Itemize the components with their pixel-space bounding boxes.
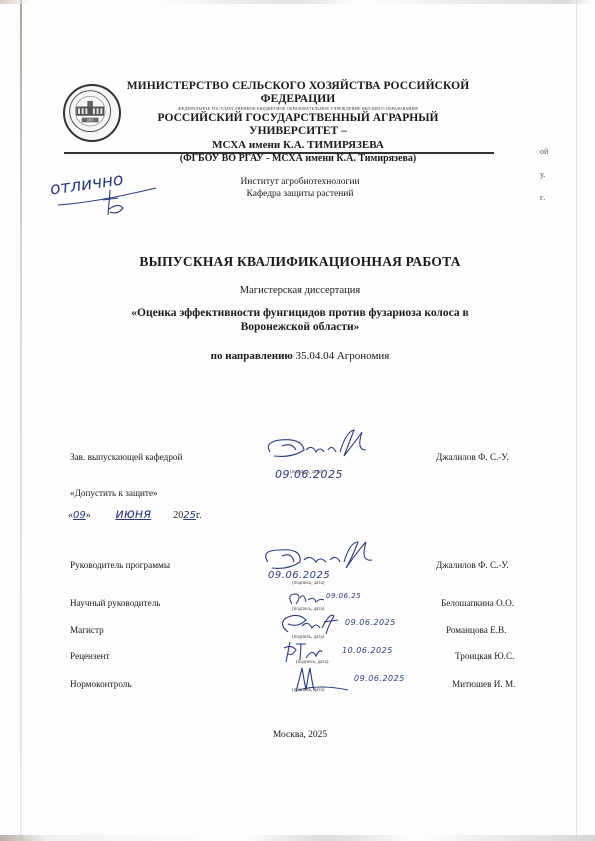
supervisor-signature	[286, 590, 326, 608]
institute-block: Институт агробиотехнологии Кафедра защит…	[200, 176, 400, 200]
signature-name: Романцова Е.В.	[446, 625, 506, 635]
signature-name: Троицкая Ю.С.	[455, 651, 514, 661]
margin-bleed-marks: ой у. ғ.	[540, 140, 548, 209]
signature-icon	[286, 590, 326, 608]
university-name-line2: МСХА имени К.А. ТИМИРЯЗЕВА	[118, 138, 478, 152]
institute-name: Институт агробиотехнологии	[200, 176, 400, 188]
header-divider	[64, 152, 494, 154]
margin-mark: у.	[540, 163, 548, 186]
document-title: ВЫПУСКНАЯ КВАЛИФИКАЦИОННАЯ РАБОТА	[90, 254, 510, 270]
ministry-name: МИНИСТЕРСТВО СЕЛЬСКОГО ХОЗЯЙСТВА РОССИЙС…	[118, 80, 478, 106]
signature-icon	[262, 428, 382, 468]
signature-hand-date: 09.06.2025	[354, 674, 405, 683]
signature-role-reviewer: Рецензент	[70, 651, 110, 661]
direction-value: 35.04.04 Агрономия	[296, 350, 390, 362]
signature-caption: (подпись, дата)	[296, 660, 328, 665]
admit-day: 09	[73, 510, 86, 521]
university-name: РОССИЙСКИЙ ГОСУДАРСТВЕННЫЙ АГРАРНЫЙ УНИВ…	[118, 112, 478, 138]
signature-hand-date: 09.06.2025	[275, 468, 343, 481]
signature-name: Белошапкина О.О.	[441, 598, 514, 608]
margin-mark: ғ.	[540, 186, 548, 209]
signature-role-supervisor: Научный руководитель	[70, 598, 160, 608]
page-edge-left	[20, 0, 22, 841]
university-emblem-icon: 1865	[65, 86, 119, 140]
admit-month: июня	[93, 507, 173, 522]
signature-role-norm-control: Нормоконтроль	[70, 679, 132, 689]
margin-mark: ой	[540, 140, 548, 163]
page-edge-right	[576, 0, 577, 841]
signature-name: Джалилов Ф. С.-У.	[436, 560, 509, 570]
department-name: Кафедра защиты растений	[200, 188, 400, 200]
signature-caption: (подпись, дата)	[292, 581, 324, 586]
signature-caption: (подпись, дата)	[292, 688, 324, 693]
university-logo: 1865	[63, 84, 121, 142]
admit-year: 25	[183, 510, 196, 521]
signature-name: Митюшев И. М.	[452, 679, 515, 689]
thesis-theme-line2: Воронежской области»	[90, 320, 510, 334]
signature-hand-date: 10.06.2025	[342, 646, 393, 655]
direction-prefix: по направлению	[211, 350, 293, 362]
scan-bottom-shadow	[0, 835, 595, 841]
svg-text:отлично: отлично	[49, 170, 125, 200]
signature-role-master: Магистр	[70, 625, 104, 635]
scan-top-shadow	[0, 0, 595, 4]
university-short-name: (ФГБОУ ВО РГАУ - МСХА имени К.А. Тимиряз…	[118, 152, 478, 165]
svg-text:1865: 1865	[86, 119, 94, 123]
signature-hand-date: 09.06.25	[326, 592, 361, 600]
thesis-theme-line1: «Оценка эффективности фунгицидов против …	[90, 306, 510, 320]
thesis-theme: «Оценка эффективности фунгицидов против …	[90, 306, 510, 334]
master-signature	[278, 612, 340, 636]
head-of-department-label: Зав. выпускающей кафедрой	[70, 452, 182, 462]
study-direction: по направлению 35.04.04 Агрономия	[130, 350, 470, 362]
head-of-department-name: Джалилов Ф. С.-У.	[436, 452, 509, 462]
grade-handwriting-icon: отлично	[48, 160, 168, 220]
signature-icon	[278, 612, 340, 636]
signature-hand-date: 09.06.2025	[345, 618, 396, 627]
admit-to-defense-label: «Допустить к защите»	[70, 488, 158, 498]
head-of-department-signature	[262, 428, 382, 468]
work-type: Магистерская диссертация	[150, 285, 450, 296]
admit-date: «09» июня2025г.	[68, 507, 201, 522]
signature-hand-date: 09.06.2025	[268, 570, 330, 581]
handwritten-grade: отлично	[48, 160, 168, 220]
city-year: Москва, 2025	[200, 730, 400, 740]
signature-role-program-head: Руководитель программы	[70, 560, 170, 570]
